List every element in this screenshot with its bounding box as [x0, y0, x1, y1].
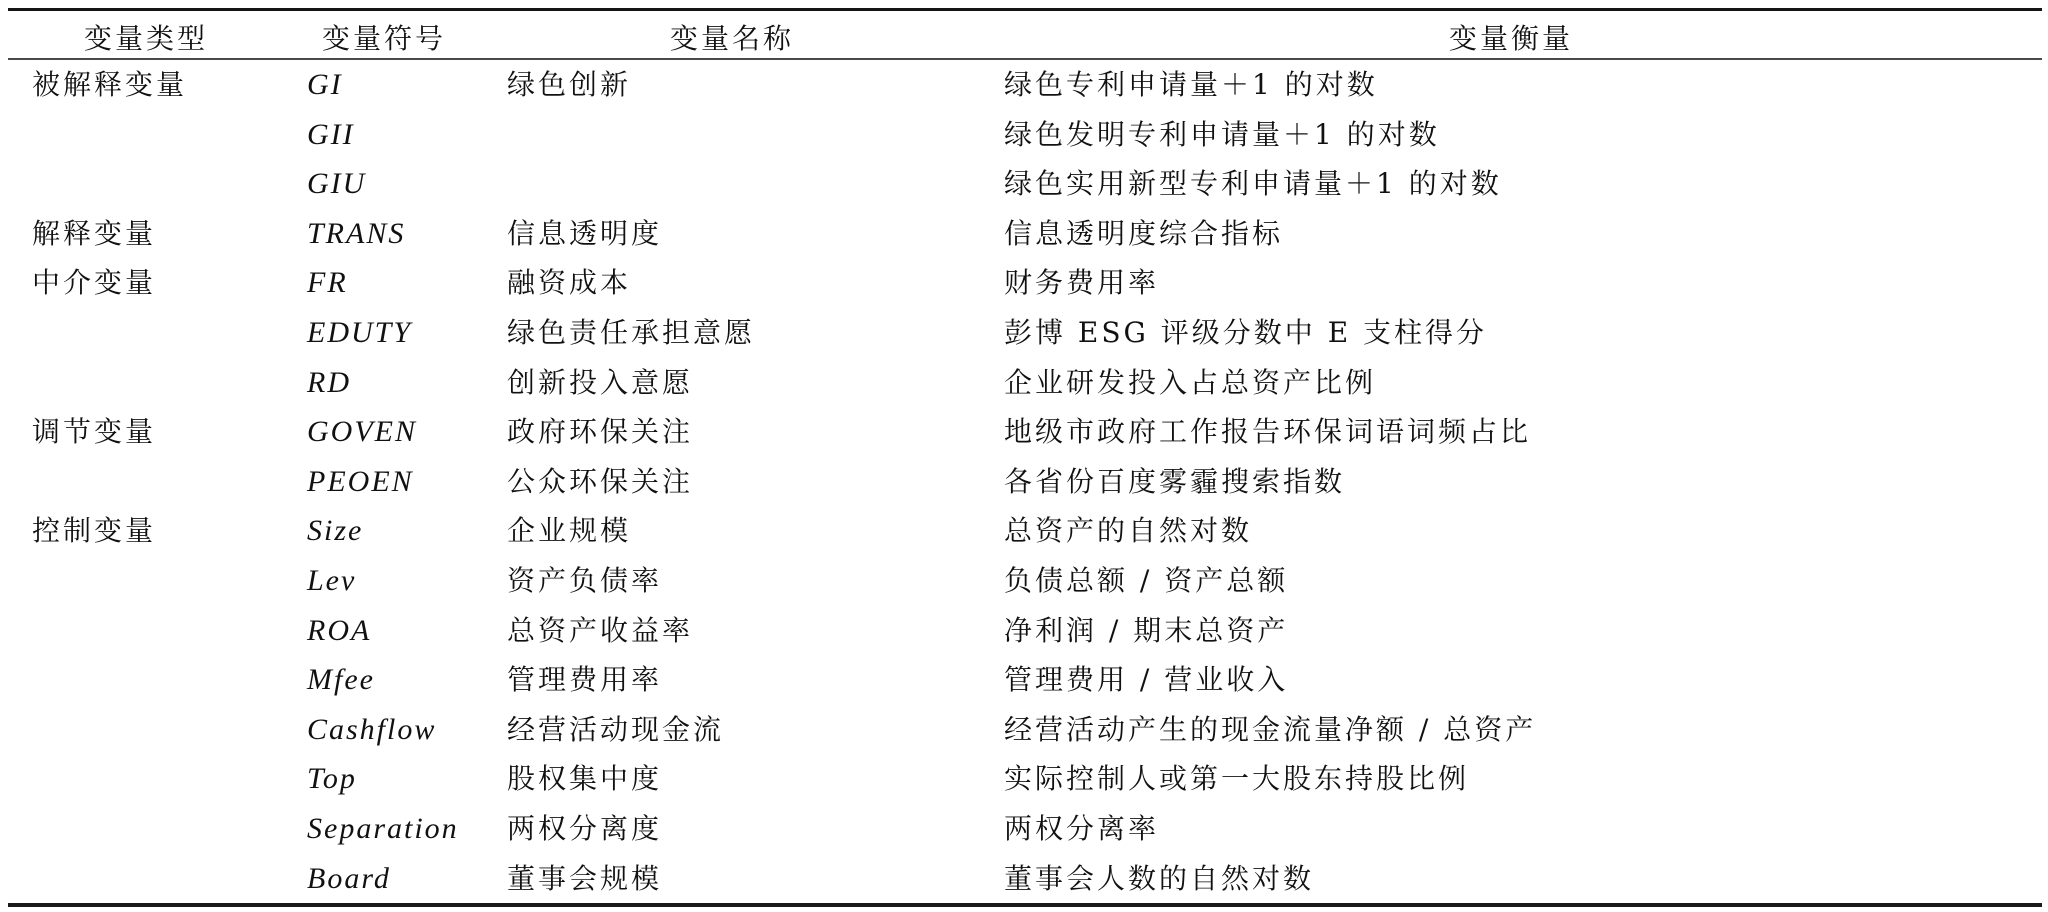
- cell-measure: 企业研发投入占总资产比例: [1004, 366, 1376, 400]
- cell-name: 两权分离度: [507, 812, 662, 846]
- cell-symbol: Cashflow: [307, 713, 436, 747]
- table-header-row: 变量类型 变量符号 变量名称 变量衡量: [8, 11, 2042, 58]
- cell-symbol: GII: [307, 118, 355, 152]
- cell-measure: 绿色专利申请量＋1 的对数: [1004, 68, 1378, 102]
- cell-symbol: RD: [307, 366, 351, 400]
- table-row: Board 董事会规模 董事会人数的自然对数: [8, 854, 2042, 904]
- cell-measure: 地级市政府工作报告环保词语词频占比: [1004, 415, 1531, 449]
- cell-measure: 经营活动产生的现金流量净额 / 总资产: [1004, 713, 1536, 747]
- table-row: Lev 资产负债率 负债总额 / 资产总额: [8, 556, 2042, 606]
- cell-name: 绿色责任承担意愿: [507, 316, 755, 350]
- table-row: GIU 绿色实用新型专利申请量＋1 的对数: [8, 159, 2042, 209]
- cell-type: 控制变量: [32, 514, 156, 548]
- cell-measure: 总资产的自然对数: [1004, 514, 1252, 548]
- header-variable-type: 变量类型: [84, 17, 208, 57]
- table-row: EDUTY 绿色责任承担意愿 彭博 ESG 评级分数中 E 支柱得分: [8, 308, 2042, 358]
- cell-symbol: GOVEN: [307, 415, 417, 449]
- cell-name: 企业规模: [507, 514, 631, 548]
- cell-measure: 彭博 ESG 评级分数中 E 支柱得分: [1004, 316, 1487, 350]
- table-row: ROA 总资产收益率 净利润 / 期末总资产: [8, 606, 2042, 656]
- cell-measure: 实际控制人或第一大股东持股比例: [1004, 762, 1469, 796]
- cell-name: 经营活动现金流: [507, 713, 724, 747]
- table-row: PEOEN 公众环保关注 各省份百度雾霾搜索指数: [8, 457, 2042, 507]
- cell-symbol: PEOEN: [307, 465, 414, 499]
- cell-measure: 两权分离率: [1004, 812, 1159, 846]
- cell-symbol: Mfee: [307, 663, 375, 697]
- cell-symbol: Top: [307, 762, 357, 796]
- table-row: 控制变量 Size 企业规模 总资产的自然对数: [8, 506, 2042, 556]
- cell-name: 信息透明度: [507, 217, 662, 251]
- cell-symbol: GI: [307, 68, 343, 102]
- cell-measure: 绿色实用新型专利申请量＋1 的对数: [1004, 167, 1502, 201]
- cell-measure: 信息透明度综合指标: [1004, 217, 1283, 251]
- cell-symbol: Separation: [307, 812, 459, 846]
- table-row: 中介变量 FR 融资成本 财务费用率: [8, 258, 2042, 308]
- cell-symbol: TRANS: [307, 217, 405, 251]
- cell-name: 政府环保关注: [507, 415, 693, 449]
- cell-measure: 负债总额 / 资产总额: [1004, 564, 1288, 598]
- cell-name: 融资成本: [507, 266, 631, 300]
- header-variable-name: 变量名称: [670, 17, 794, 57]
- cell-symbol: Size: [307, 514, 363, 548]
- cell-type: 被解释变量: [32, 68, 187, 102]
- cell-symbol: EDUTY: [307, 316, 412, 350]
- table-row: 解释变量 TRANS 信息透明度 信息透明度综合指标: [8, 209, 2042, 259]
- cell-name: 董事会规模: [507, 862, 662, 896]
- cell-name: 创新投入意愿: [507, 366, 693, 400]
- cell-symbol: Board: [307, 862, 391, 896]
- table-row: GII 绿色发明专利申请量＋1 的对数: [8, 110, 2042, 160]
- bottom-rule: [8, 903, 2042, 907]
- table-body: 被解释变量 GI 绿色创新 绿色专利申请量＋1 的对数 GII 绿色发明专利申请…: [8, 60, 2042, 903]
- table-row: RD 创新投入意愿 企业研发投入占总资产比例: [8, 358, 2042, 408]
- cell-symbol: GIU: [307, 167, 366, 201]
- header-variable-measure: 变量衡量: [1449, 17, 1573, 57]
- table-row: 调节变量 GOVEN 政府环保关注 地级市政府工作报告环保词语词频占比: [8, 407, 2042, 457]
- header-variable-symbol: 变量符号: [322, 17, 446, 57]
- table-row: Mfee 管理费用率 管理费用 / 营业收入: [8, 655, 2042, 705]
- cell-measure: 各省份百度雾霾搜索指数: [1004, 465, 1345, 499]
- table-row: Separation 两权分离度 两权分离率: [8, 804, 2042, 854]
- variable-definition-table: 变量类型 变量符号 变量名称 变量衡量 被解释变量 GI 绿色创新 绿色专利申请…: [8, 8, 2042, 907]
- cell-name: 公众环保关注: [507, 465, 693, 499]
- cell-symbol: Lev: [307, 564, 356, 598]
- cell-name: 绿色创新: [507, 68, 631, 102]
- table-row: Cashflow 经营活动现金流 经营活动产生的现金流量净额 / 总资产: [8, 705, 2042, 755]
- cell-name: 管理费用率: [507, 663, 662, 697]
- cell-type: 调节变量: [32, 415, 156, 449]
- cell-name: 股权集中度: [507, 762, 662, 796]
- table-row: Top 股权集中度 实际控制人或第一大股东持股比例: [8, 754, 2042, 804]
- cell-measure: 净利润 / 期末总资产: [1004, 614, 1288, 648]
- table-row: 被解释变量 GI 绿色创新 绿色专利申请量＋1 的对数: [8, 60, 2042, 110]
- cell-measure: 管理费用 / 营业收入: [1004, 663, 1288, 697]
- cell-symbol: ROA: [307, 614, 371, 648]
- cell-type: 解释变量: [32, 217, 156, 251]
- cell-type: 中介变量: [32, 266, 156, 300]
- cell-name: 总资产收益率: [507, 614, 693, 648]
- cell-measure: 财务费用率: [1004, 266, 1159, 300]
- cell-measure: 绿色发明专利申请量＋1 的对数: [1004, 118, 1440, 152]
- cell-symbol: FR: [307, 266, 348, 300]
- cell-measure: 董事会人数的自然对数: [1004, 862, 1314, 896]
- cell-name: 资产负债率: [507, 564, 662, 598]
